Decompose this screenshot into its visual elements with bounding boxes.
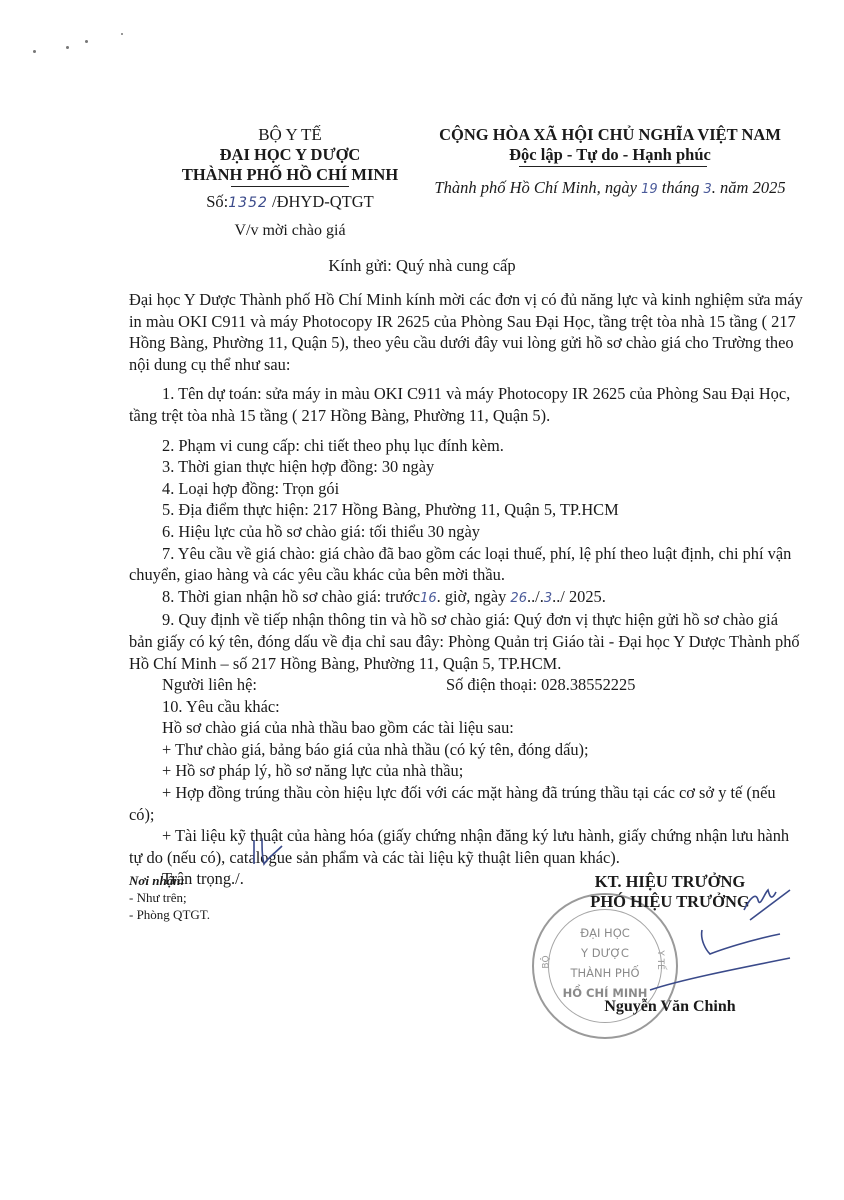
recipient-item: - Phòng QTGT. — [129, 906, 210, 923]
handwritten-day: 19 — [641, 182, 658, 197]
requirement-bullet: + Thư chào giá, bảng báo giá của nhà thầ… — [129, 739, 805, 761]
item-4: 4. Loại hợp đồng: Trọn gói — [129, 478, 805, 500]
scan-speck — [33, 50, 36, 53]
issuer-header: BỘ Y TẾ ĐẠI HỌC Y DƯỢC THÀNH PHỐ HỒ CHÍ … — [160, 124, 420, 242]
salutation: Kính gửi: Quý nhà cung cấp — [0, 256, 844, 276]
contact-person-label: Người liên hệ: — [162, 674, 446, 696]
requirement-bullet: + Hồ sơ pháp lý, hồ sơ năng lực của nhà … — [129, 760, 805, 782]
document-subject: V/v mời chào giá — [160, 220, 420, 242]
handwritten-signature — [640, 880, 810, 1010]
handwritten-deadline-day: 26 — [510, 591, 527, 606]
handwritten-hour: 16 — [420, 591, 437, 606]
contact-phone: Số điện thoại: 028.38552225 — [446, 675, 635, 694]
contact-line: Người liên hệ:Số điện thoại: 028.3855222… — [129, 674, 805, 696]
ministry-name: BỘ Y TẾ — [160, 124, 420, 145]
scan-speck — [66, 46, 69, 49]
nation-title: CỘNG HÒA XÃ HỘI CHỦ NGHĨA VIỆT NAM — [425, 124, 795, 145]
intro-paragraph: Đại học Y Dược Thành phố Hồ Chí Minh kín… — [129, 289, 805, 375]
university-name-line2: THÀNH PHỐ HỒ CHÍ MINH — [160, 165, 420, 185]
item-9: 9. Quy định về tiếp nhận thông tin và hồ… — [129, 609, 805, 674]
document-date: Thành phố Hồ Chí Minh, ngày 19 tháng 3. … — [425, 177, 795, 201]
item-1: 1. Tên dự toán: sửa máy in màu OKI C911 … — [129, 383, 805, 426]
recipients-title: Nơi nhận: — [129, 872, 210, 889]
letter-body: Đại học Y Dược Thành phố Hồ Chí Minh kín… — [129, 289, 805, 890]
recipient-item: - Như trên; — [129, 889, 210, 906]
document-number: Số:1352 /ĐHYD-QTGT — [160, 191, 420, 214]
university-name-line1: ĐẠI HỌC Y DƯỢC — [160, 145, 420, 165]
requirement-bullet: + Tài liệu kỹ thuật của hàng hóa (giấy c… — [129, 825, 805, 868]
recipients-block: Nơi nhận: - Như trên; - Phòng QTGT. — [129, 872, 210, 923]
handwritten-deadline-month: 3 — [544, 591, 552, 606]
item-8: 8. Thời gian nhận hồ sơ chào giá: trước1… — [129, 586, 805, 610]
handwritten-number: 1352 — [228, 195, 268, 211]
requirement-bullet: + Hợp đồng trúng thầu còn hiệu lực đối v… — [129, 782, 805, 825]
national-motto: Độc lập - Tự do - Hạnh phúc — [425, 145, 795, 165]
initials-mark — [248, 836, 288, 872]
motto-underline — [519, 166, 707, 167]
header-divider — [231, 186, 349, 187]
item-10-title: 10. Yêu cầu khác: — [129, 696, 805, 718]
item-2: 2. Phạm vi cung cấp: chi tiết theo phụ l… — [129, 435, 805, 457]
item-7: 7. Yêu cầu về giá chào: giá chào đã bao … — [129, 543, 805, 586]
item-10-intro: Hồ sơ chào giá của nhà thầu bao gồm các … — [129, 717, 805, 739]
item-6: 6. Hiệu lực của hồ sơ chào giá: tối thiể… — [129, 521, 805, 543]
national-header: CỘNG HÒA XÃ HỘI CHỦ NGHĨA VIỆT NAM Độc l… — [425, 124, 795, 201]
handwritten-month: 3 — [704, 182, 712, 197]
item-3: 3. Thời gian thực hiện hợp đồng: 30 ngày — [129, 456, 805, 478]
item-5: 5. Địa điểm thực hiện: 217 Hồng Bàng, Ph… — [129, 499, 805, 521]
scan-speck — [121, 33, 123, 35]
scan-speck — [85, 40, 88, 43]
